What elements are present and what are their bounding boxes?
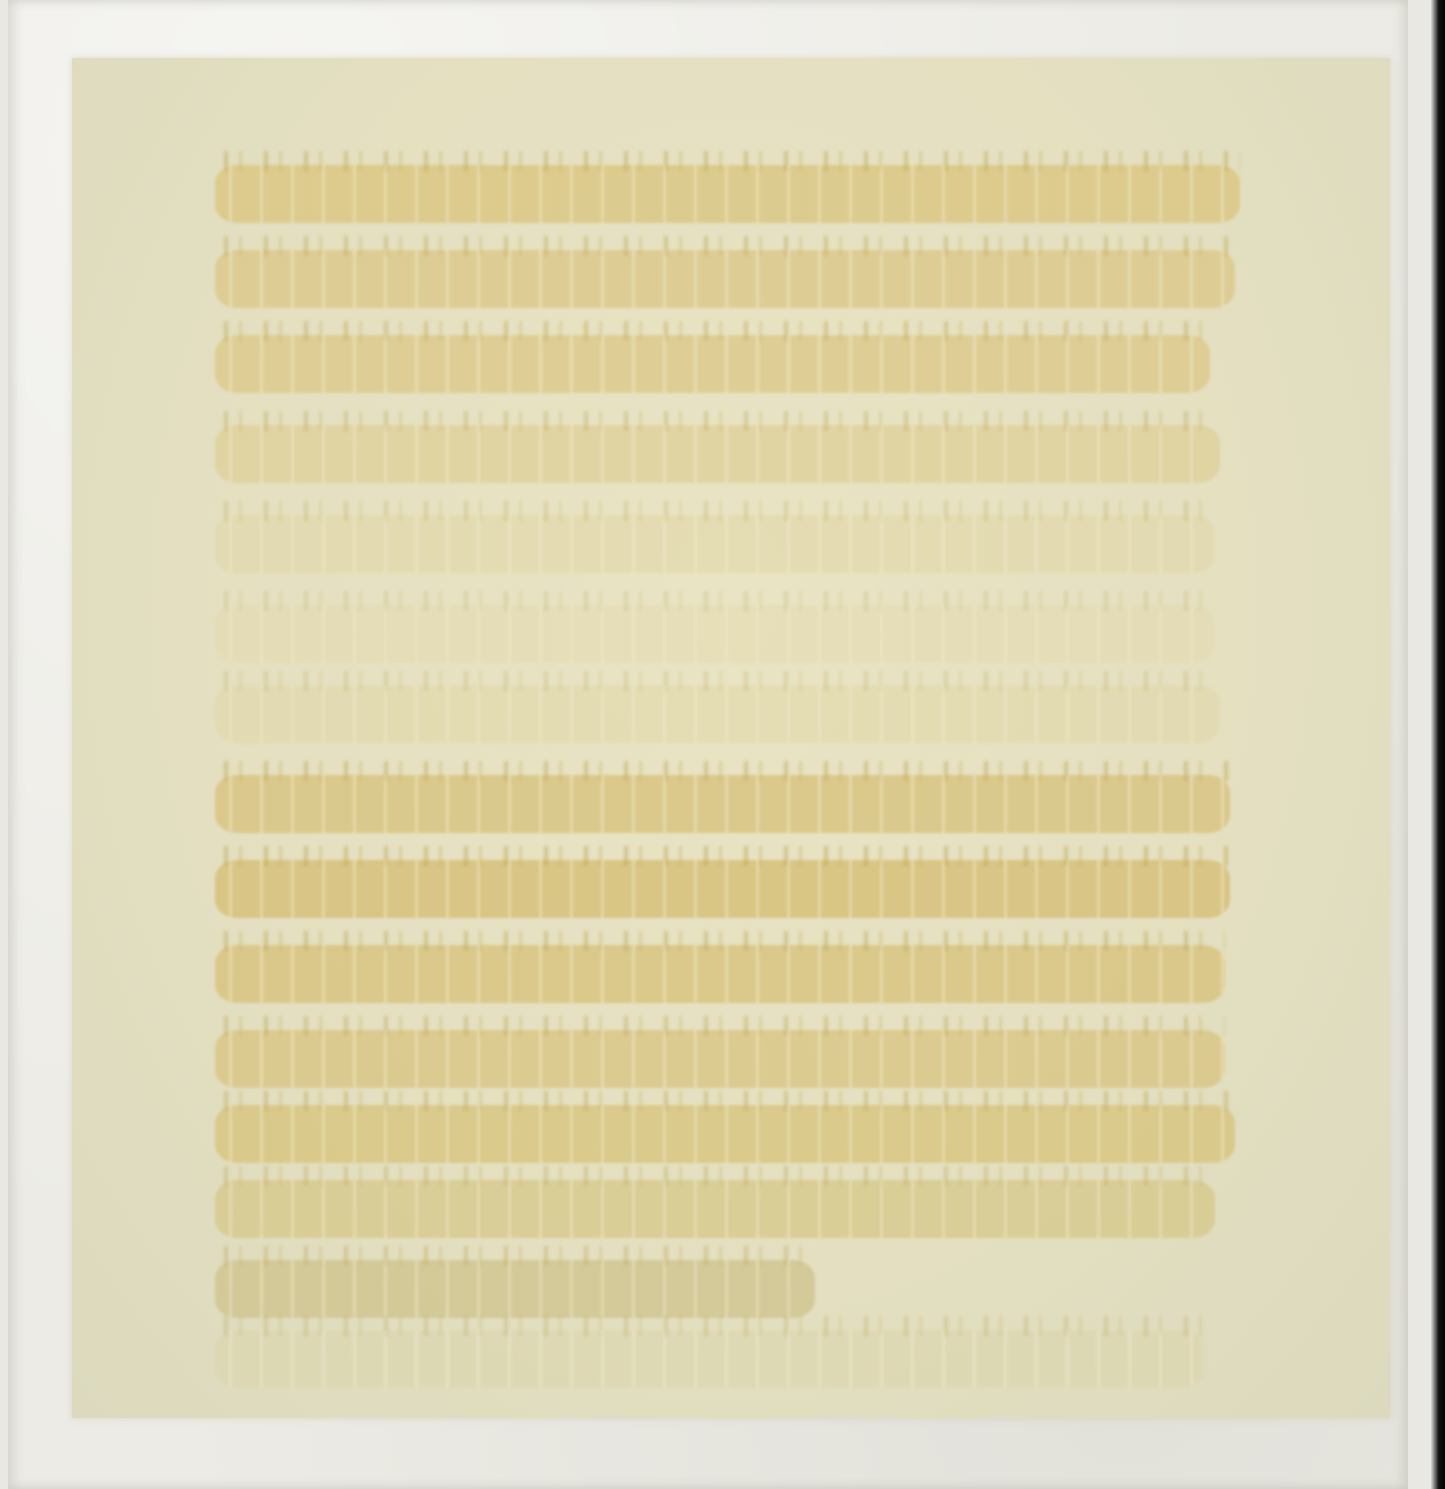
notation-band bbox=[215, 1030, 1225, 1088]
frame-edge bbox=[1431, 0, 1445, 1489]
notation-band bbox=[215, 775, 1230, 833]
notation-band bbox=[215, 945, 1225, 1003]
notation-band bbox=[215, 605, 1215, 663]
notation-band bbox=[215, 250, 1235, 308]
notation-band bbox=[215, 165, 1240, 223]
notation-band bbox=[215, 1330, 1205, 1388]
notation-band bbox=[215, 1105, 1235, 1163]
notation-band bbox=[215, 1180, 1215, 1238]
notation-band bbox=[215, 1260, 815, 1318]
notation-band bbox=[215, 335, 1210, 393]
notation-band bbox=[215, 515, 1215, 573]
notation-band bbox=[215, 860, 1230, 918]
notation-band bbox=[215, 425, 1220, 483]
notation-band bbox=[215, 685, 1220, 743]
